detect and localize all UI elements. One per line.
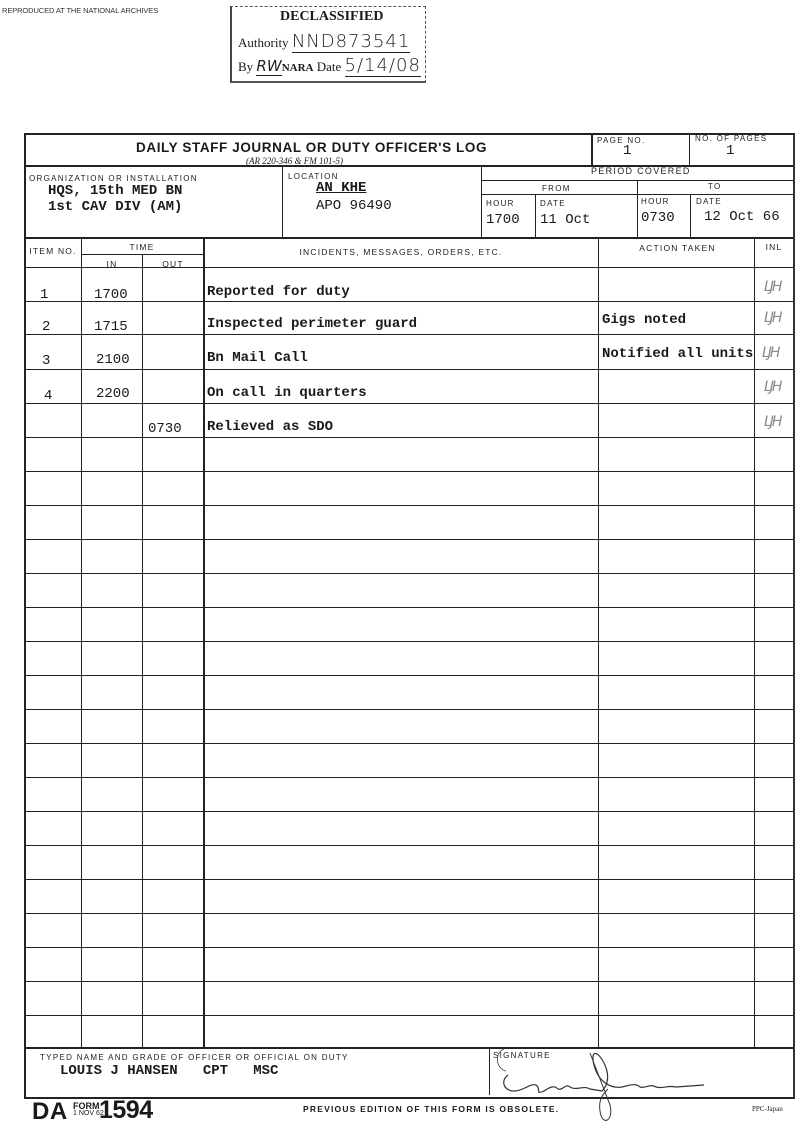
- from-label: FROM: [542, 184, 571, 193]
- organization-line1: HQS, 15th MED BN: [48, 183, 182, 199]
- row-time-in: 1700: [94, 287, 128, 303]
- no-of-pages-value: 1: [726, 143, 734, 159]
- row-time-in: 2200: [96, 386, 130, 402]
- row-item-no: 4: [44, 388, 52, 404]
- stamp-date-value: 5/14/08: [345, 55, 421, 77]
- page-no-value: 1: [623, 143, 631, 159]
- header-incidents: INCIDENTS, MESSAGES, ORDERS, ETC.: [206, 247, 596, 257]
- row-item-no: 1: [40, 287, 48, 303]
- row-initials: LJH: [762, 345, 778, 361]
- nara-label: NARA: [282, 62, 314, 74]
- row-action: Gigs noted: [602, 312, 686, 328]
- authority-label: Authority: [238, 35, 289, 50]
- row-incident: On call in quarters: [207, 385, 367, 401]
- by-initials: RW: [256, 57, 281, 76]
- authority-value: NND873541: [292, 31, 411, 53]
- row-incident: Inspected perimeter guard: [207, 316, 417, 332]
- officer-name-value: LOUIS J HANSEN CPT MSC: [60, 1063, 278, 1079]
- from-date-value: 11 Oct: [540, 212, 590, 228]
- to-hour-value: 0730: [641, 210, 675, 226]
- no-of-pages-label: NO. OF PAGES: [695, 134, 767, 143]
- from-date-label: DATE: [540, 199, 566, 208]
- location-line2: APO 96490: [316, 198, 392, 214]
- form-da-label: DA: [32, 1098, 68, 1126]
- obsolete-notice: PREVIOUS EDITION OF THIS FORM IS OBSOLET…: [303, 1104, 559, 1114]
- form-title: DAILY STAFF JOURNAL OR DUTY OFFICER'S LO…: [136, 140, 487, 155]
- stamp-by-row: By RWNARA Date 5/14/08: [238, 55, 421, 76]
- row-item-no: 3: [42, 353, 50, 369]
- stamp-authority-row: Authority NND873541: [238, 31, 410, 52]
- row-incident: Bn Mail Call: [207, 350, 308, 366]
- officer-name-label: TYPED NAME AND GRADE OF OFFICER OR OFFIC…: [40, 1053, 349, 1062]
- row-item-no: 2: [42, 319, 50, 335]
- row-initials: LJH: [764, 310, 780, 326]
- duty-log-form: DAILY STAFF JOURNAL OR DUTY OFFICER'S LO…: [24, 133, 795, 1099]
- to-date-label: DATE: [696, 197, 722, 206]
- row-time-in: 2100: [96, 352, 130, 368]
- header-inl: INL: [756, 242, 792, 252]
- from-hour-value: 1700: [486, 212, 520, 228]
- organization-label: ORGANIZATION OR INSTALLATION: [29, 174, 198, 183]
- form-number: 1594: [99, 1096, 153, 1125]
- row-time-in: 1715: [94, 319, 128, 335]
- organization-line2: 1st CAV DIV (AM): [48, 199, 182, 215]
- by-label: By: [238, 59, 253, 74]
- to-hour-label: HOUR: [641, 197, 670, 206]
- printer-mark: PPC-Japan: [752, 1105, 783, 1113]
- row-initials: LJH: [764, 279, 780, 295]
- location-line1: AN KHE: [316, 180, 366, 196]
- to-date-value: 12 Oct 66: [704, 209, 780, 225]
- header-action-taken: ACTION TAKEN: [600, 243, 755, 253]
- row-initials: LJH: [764, 414, 780, 430]
- row-initials: LJH: [764, 379, 780, 395]
- period-covered-label: PERIOD COVERED: [591, 166, 691, 176]
- row-time-out: 0730: [148, 421, 182, 437]
- row-incident: Reported for duty: [207, 284, 350, 300]
- header-item-no: ITEM NO.: [28, 246, 78, 257]
- page-no-label: PAGE NO.: [597, 136, 645, 145]
- declassified-stamp: DECLASSIFIED Authority NND873541 By RWNA…: [230, 6, 426, 83]
- row-incident: Relieved as SDO: [207, 419, 333, 435]
- from-hour-label: HOUR: [486, 199, 515, 208]
- stamp-title: DECLASSIFIED: [280, 9, 383, 25]
- header-time: TIME: [82, 242, 202, 252]
- archive-header: REPRODUCED AT THE NATIONAL ARCHIVES: [2, 6, 158, 15]
- row-action: Notified all units: [602, 346, 754, 362]
- to-label: TO: [708, 182, 722, 191]
- date-label: Date: [317, 59, 342, 74]
